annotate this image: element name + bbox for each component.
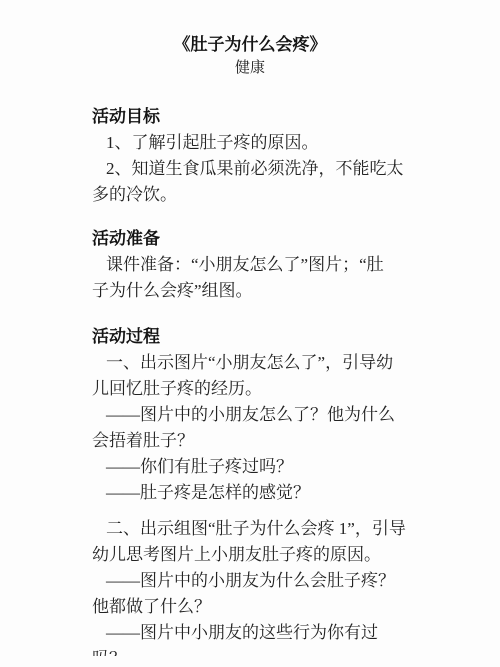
section-heading: 活动过程 <box>0 324 500 350</box>
text-line: ——图片中的小朋友怎么了？他为什么 <box>0 402 500 428</box>
paragraph-block: 二、出示组图“肚子为什么会疼 1”，引导 幼儿思考图片上小朋友肚子疼的原因。 —… <box>0 516 500 667</box>
section-activity-preparation: 活动准备 课件准备：“小朋友怎么了”图片；“肚 子为什么会疼”组图。 <box>0 226 500 304</box>
text-line: ——图片中的小朋友为什么会肚子疼？ <box>0 568 500 594</box>
section-heading: 活动目标 <box>0 104 500 130</box>
text-line: 多的冷饮。 <box>0 182 500 208</box>
paragraph-block: 1、了解引起肚子疼的原因。 2、知道生食瓜果前必须洗净，不能吃太 多的冷饮。 <box>0 130 500 208</box>
text-line: 1、了解引起肚子疼的原因。 <box>0 130 500 156</box>
text-line: ——你们有肚子疼过吗？ <box>0 454 500 480</box>
text-line: ——肚子疼是怎样的感觉？ <box>0 480 500 506</box>
section-heading: 活动准备 <box>0 226 500 252</box>
text-line: 子为什么会疼”组图。 <box>0 278 500 304</box>
text-line: 2、知道生食瓜果前必须洗净，不能吃太 <box>0 156 500 182</box>
text-line: 课件准备：“小朋友怎么了”图片；“肚 <box>0 252 500 278</box>
document-subtitle: 健康 <box>0 57 500 79</box>
text-line: 儿回忆肚子疼的经历。 <box>0 376 500 402</box>
paragraph-block: 一、出示图片“小朋友怎么了”，引导幼 儿回忆肚子疼的经历。 ——图片中的小朋友怎… <box>0 350 500 506</box>
paragraph-block: 课件准备：“小朋友怎么了”图片；“肚 子为什么会疼”组图。 <box>0 252 500 304</box>
text-line: 会捂着肚子？ <box>0 428 500 454</box>
text-line: ——图片中小朋友的这些行为你有过 <box>0 620 500 646</box>
text-line: 二、出示组图“肚子为什么会疼 1”，引导 <box>0 516 500 542</box>
text-line: 幼儿思考图片上小朋友肚子疼的原因。 <box>0 542 500 568</box>
text-line: 一、出示图片“小朋友怎么了”，引导幼 <box>0 350 500 376</box>
section-activity-process: 活动过程 一、出示图片“小朋友怎么了”，引导幼 儿回忆肚子疼的经历。 ——图片中… <box>0 324 500 667</box>
document-title: 《肚子为什么会疼》 <box>0 0 500 56</box>
section-activity-goals: 活动目标 1、了解引起肚子疼的原因。 2、知道生食瓜果前必须洗净，不能吃太 多的… <box>0 104 500 208</box>
document-page: 《肚子为什么会疼》 健康 活动目标 1、了解引起肚子疼的原因。 2、知道生食瓜果… <box>0 0 500 667</box>
bottom-crop-mask <box>0 656 500 667</box>
text-line: 他都做了什么？ <box>0 594 500 620</box>
